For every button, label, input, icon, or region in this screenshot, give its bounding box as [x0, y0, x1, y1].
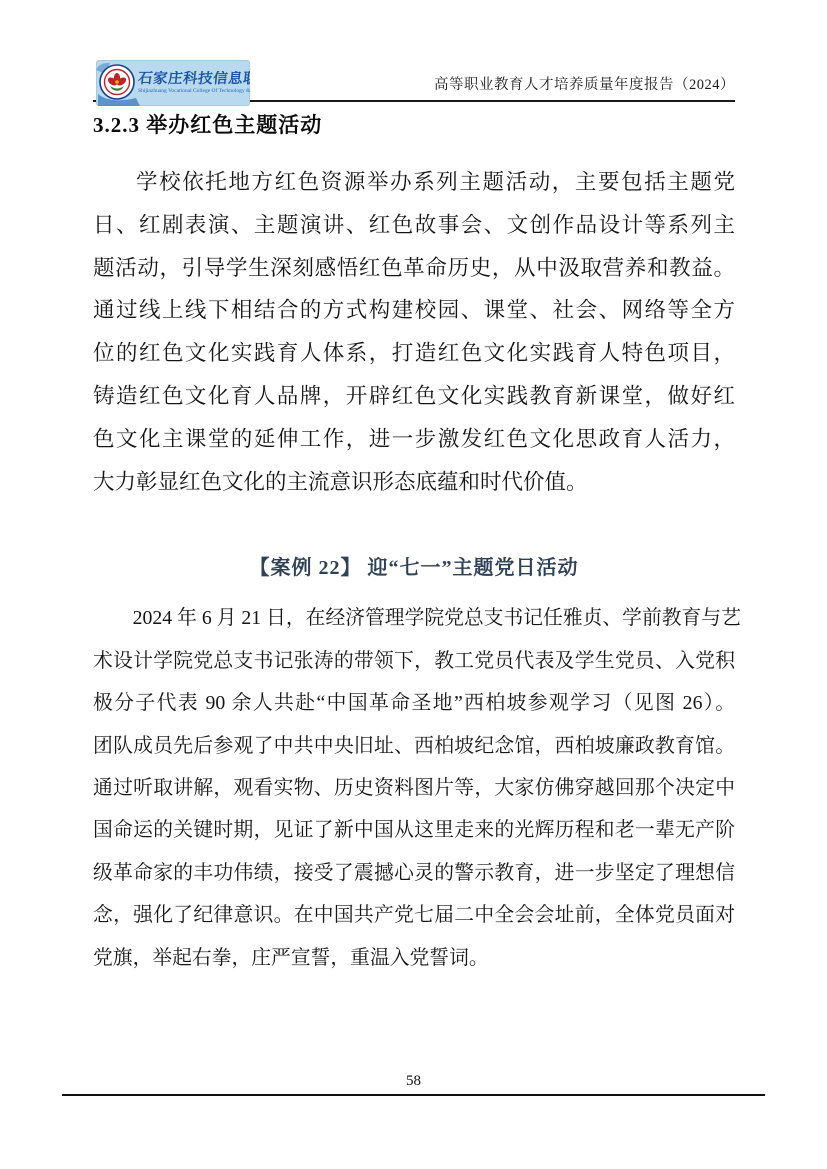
text-line: 日、红剧表演、主题演讲、红色故事会、文创作品设计等系列主 — [93, 204, 735, 247]
text-line: 大力彰显红色文化的主流意识形态底蕴和时代价值。 — [93, 461, 735, 504]
page-content: 3.2.3 举办红色主题活动 学校依托地方红色资源举办系列主题活动，主要包括主题… — [93, 110, 735, 979]
document-page: 石家庄科技信息职业学院 Shijiazhuang Vocational Coll… — [0, 0, 827, 1169]
college-emblem-icon — [96, 60, 140, 106]
text-line: 通过听取讲解，观看实物、历史资料图片等，大家仿佛穿越回那个决定中 — [93, 767, 735, 809]
college-logo: 石家庄科技信息职业学院 Shijiazhuang Vocational Coll… — [96, 60, 250, 106]
college-name-block: 石家庄科技信息职业学院 Shijiazhuang Vocational Coll… — [138, 71, 250, 95]
text-line: 位的红色文化实践育人体系，打造红色文化实践育人特色项目， — [93, 332, 735, 375]
page-number: 58 — [406, 1073, 421, 1089]
page-header: 石家庄科技信息职业学院 Shijiazhuang Vocational Coll… — [93, 58, 735, 102]
college-name-zh: 石家庄科技信息职业学院 — [138, 71, 250, 87]
text-line: 念，强化了纪律意识。在中国共产党七届二中全会会址前，全体党员面对 — [93, 894, 735, 936]
text-line: 术设计学院党总支书记张涛的带领下，教工党员代表及学生党员、入党积 — [93, 640, 735, 682]
text-line: 题活动，引导学生深刻感悟红色革命历史，从中汲取营养和教益。 — [93, 247, 735, 290]
case-study-paragraph: 2024 年 6 月 21 日，在经济管理学院党总支书记任雅贞、学前教育与艺术设… — [93, 597, 735, 979]
text-line: 学校依托地方红色资源举办系列主题活动，主要包括主题党 — [93, 161, 735, 204]
text-line: 团队成员先后参观了中共中央旧址、西柏坡纪念馆，西柏坡廉政教育馆。 — [93, 725, 735, 767]
text-line: 极分子代表 90 余人共赴“中国革命圣地”西柏坡参观学习（见图 26）。 — [93, 682, 735, 724]
text-line: 铸造红色文化育人品牌，开辟红色文化实践教育新课堂，做好红 — [93, 375, 735, 418]
text-line: 党旗，举起右拳，庄严宣誓，重温入党誓词。 — [93, 937, 735, 979]
page-footer: 58 — [62, 1072, 765, 1096]
text-line: 色文化主课堂的延伸工作，进一步激发红色文化思政育人活力， — [93, 418, 735, 461]
text-line: 2024 年 6 月 21 日，在经济管理学院党总支书记任雅贞、学前教育与艺 — [93, 597, 735, 639]
report-title: 高等职业教育人才培养质量年度报告（2024） — [434, 73, 735, 94]
case-study-heading: 【案例 22】 迎“七一”主题党日活动 — [93, 553, 735, 583]
text-line: 国命运的关键时期，见证了新中国从这里走来的光辉历程和老一辈无产阶 — [93, 809, 735, 851]
text-line: 级革命家的丰功伟绩，接受了震撼心灵的警示教育，进一步坚定了理想信 — [93, 852, 735, 894]
intro-paragraph: 学校依托地方红色资源举办系列主题活动，主要包括主题党日、红剧表演、主题演讲、红色… — [93, 161, 735, 503]
college-name-en: Shijiazhuang Vocational College Of Techn… — [138, 87, 241, 94]
text-line: 通过线上线下相结合的方式构建校园、课堂、社会、网络等全方 — [93, 289, 735, 332]
section-heading: 3.2.3 举办红色主题活动 — [93, 110, 735, 140]
